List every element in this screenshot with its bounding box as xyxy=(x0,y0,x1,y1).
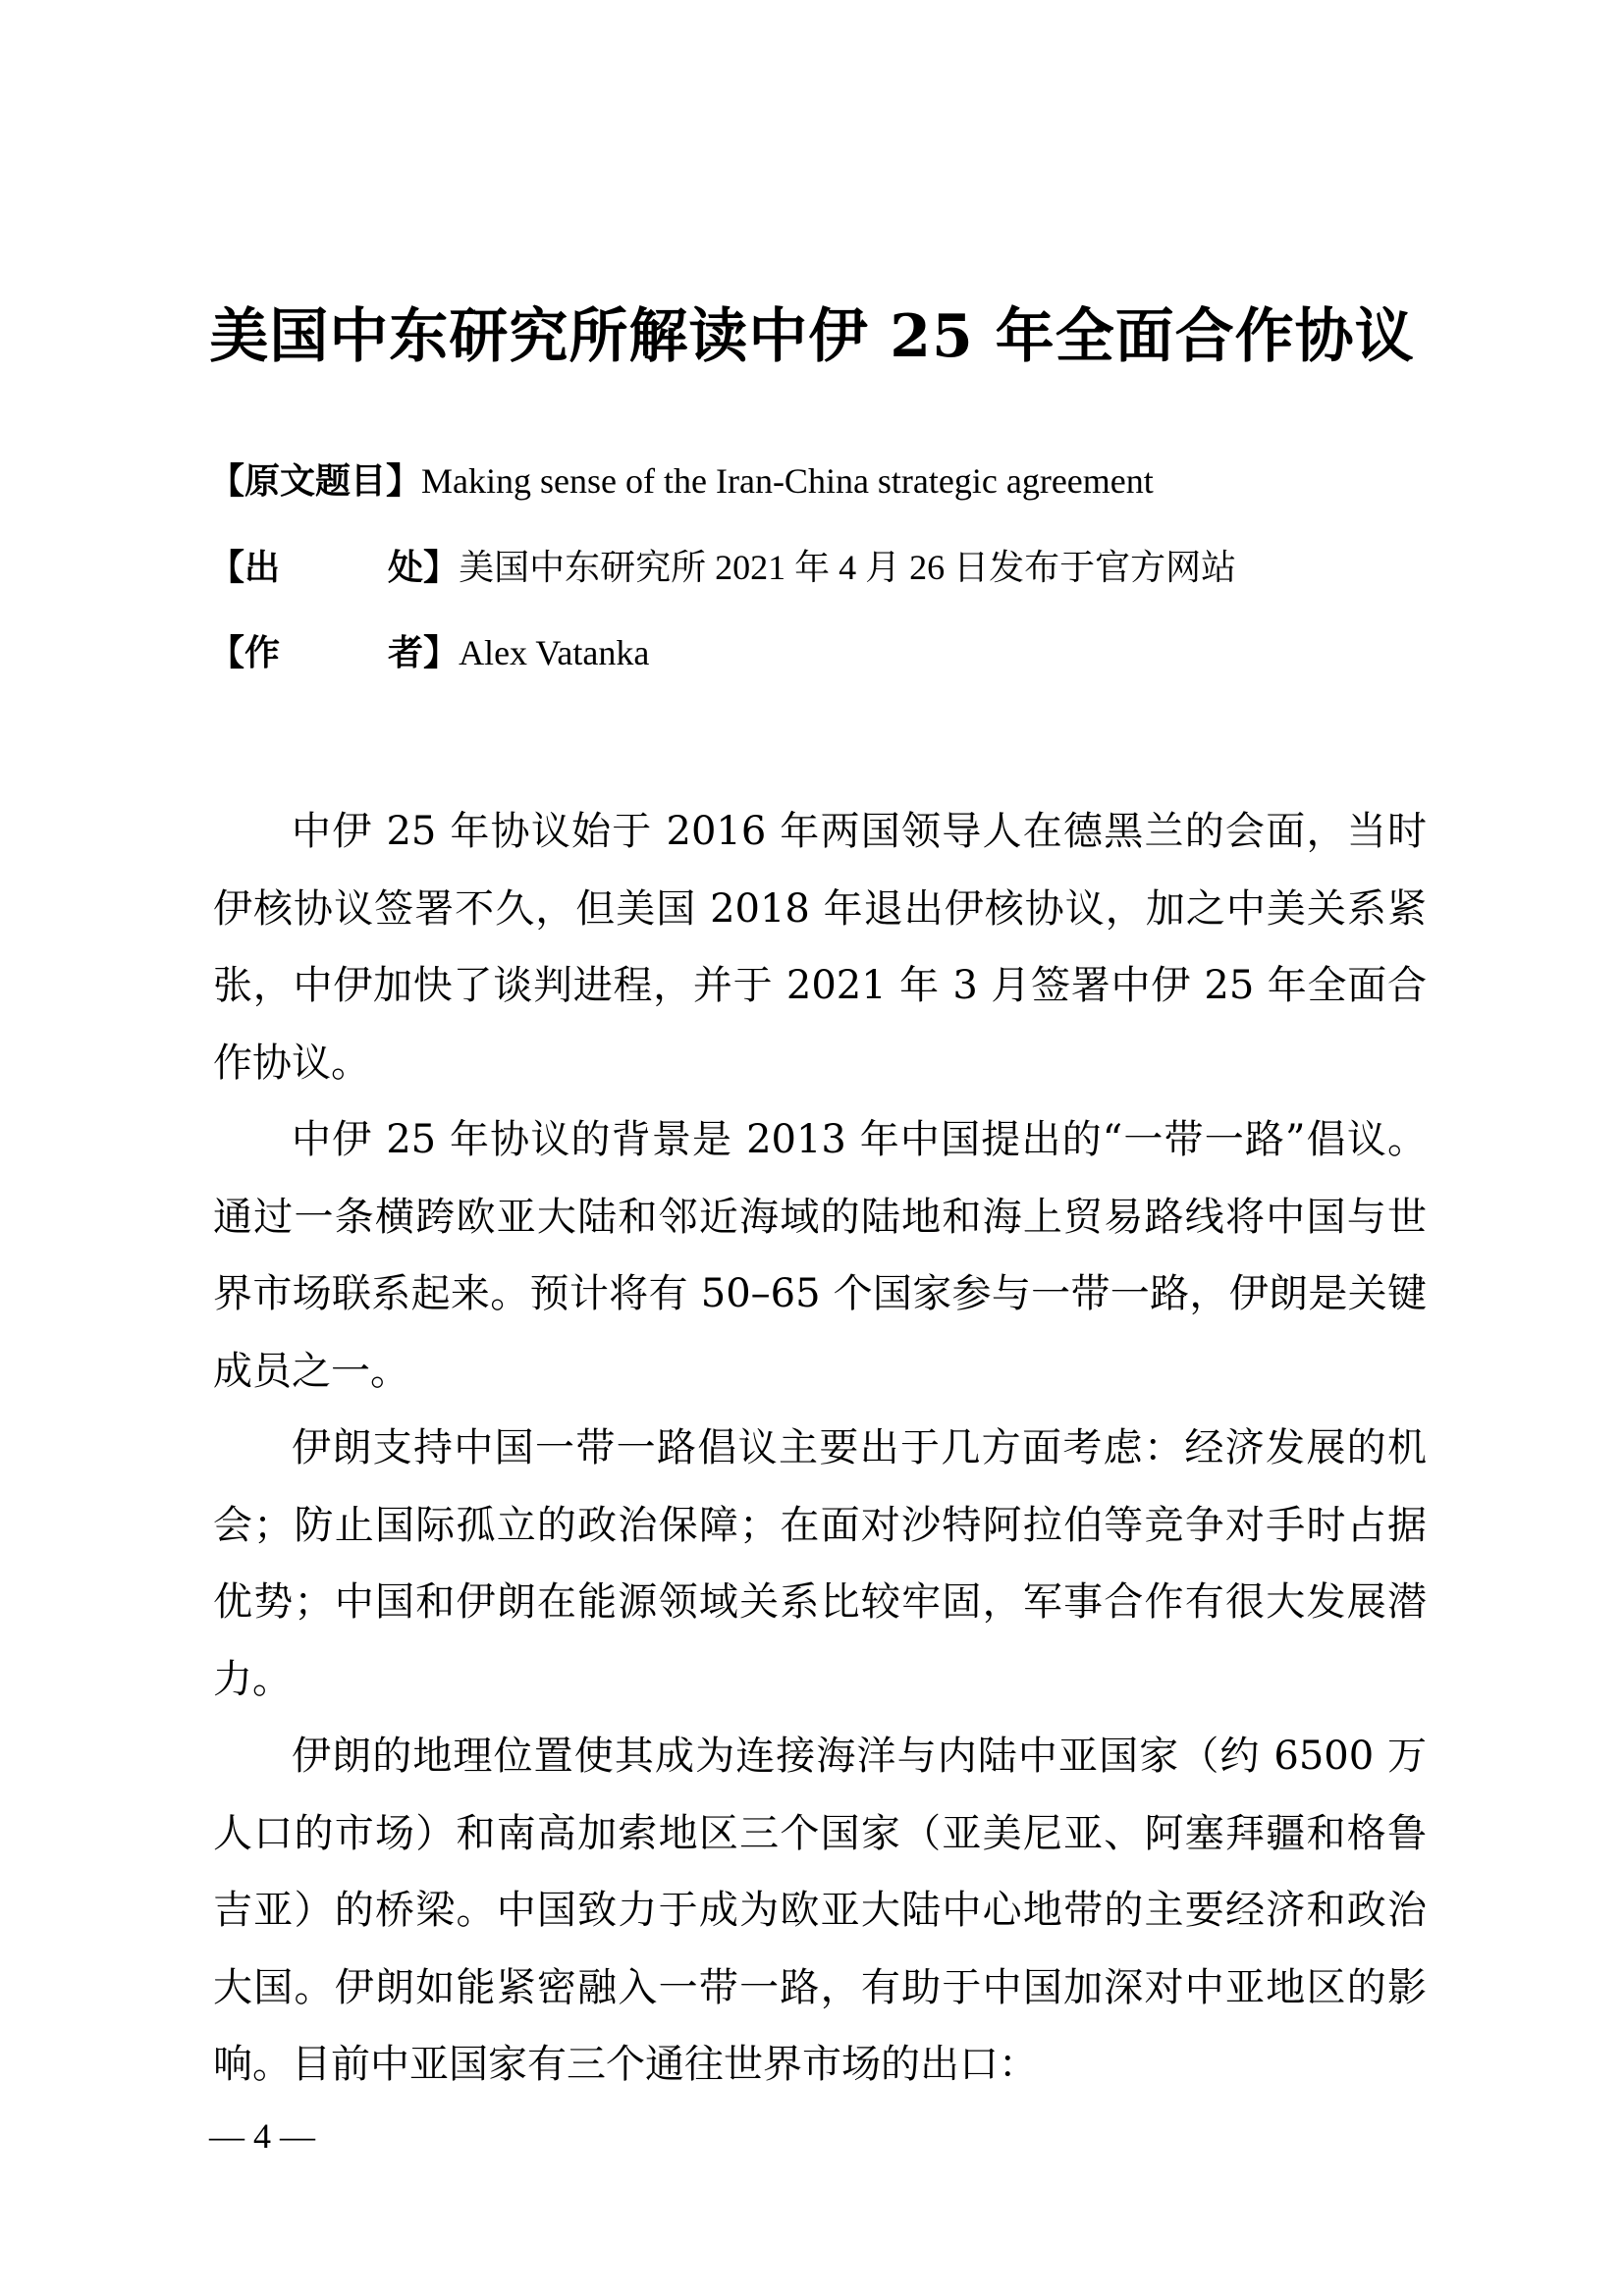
document-title: 美国中东研究所解读中伊 25 年全面合作协议 xyxy=(0,290,1624,374)
meta-original-title: 【原文题目】Making sense of the Iran-China str… xyxy=(209,461,1154,502)
meta-source: 【出处】美国中东研究所 2021 年 4 月 26 日发布于官方网站 xyxy=(209,548,1236,588)
bracket-close: 】 xyxy=(386,461,421,502)
paragraph: 伊朗支持中国一带一路倡议主要出于几方面考虑：经济发展的机会；防止国际孤立的政治保… xyxy=(213,1410,1427,1718)
paragraph: 伊朗的地理位置使其成为连接海洋与内陆中亚国家（约 6500 万人口的市场）和南高… xyxy=(213,1718,1427,2104)
bracket-open: 【 xyxy=(209,633,244,673)
meta-value-source: 美国中东研究所 2021 年 4 月 26 日发布于官方网站 xyxy=(459,548,1236,587)
meta-value-original-title: Making sense of the Iran-China strategic… xyxy=(421,461,1154,501)
bracket-open: 【 xyxy=(209,548,244,588)
page-number: — 4 — xyxy=(209,2115,315,2157)
meta-label-original-title: 【原文题目】 xyxy=(209,462,421,502)
paragraph: 中伊 25 年协议始于 2016 年两国领导人在德黑兰的会面，当时伊核协议签署不… xyxy=(213,793,1427,1101)
label-char: 作 xyxy=(244,633,280,673)
meta-author: 【作者】Alex Vatanka xyxy=(209,633,649,673)
meta-label-author: 【作者】 xyxy=(209,634,459,673)
label-char: 出 xyxy=(244,548,280,588)
bracket-close: 】 xyxy=(423,633,459,673)
meta-value-author: Alex Vatanka xyxy=(459,633,649,672)
body-text: 中伊 25 年协议始于 2016 年两国领导人在德黑兰的会面，当时伊核协议签署不… xyxy=(213,793,1427,2104)
bracket-close: 】 xyxy=(423,548,459,588)
label-text: 原文题目 xyxy=(244,461,386,502)
meta-label-source: 【出处】 xyxy=(209,549,459,588)
bracket-open: 【 xyxy=(209,461,244,502)
paragraph: 中伊 25 年协议的背景是 2013 年中国提出的“一带一路”倡议。通过一条横跨… xyxy=(213,1101,1427,1410)
label-char: 处 xyxy=(388,548,423,588)
label-char: 者 xyxy=(388,633,423,673)
